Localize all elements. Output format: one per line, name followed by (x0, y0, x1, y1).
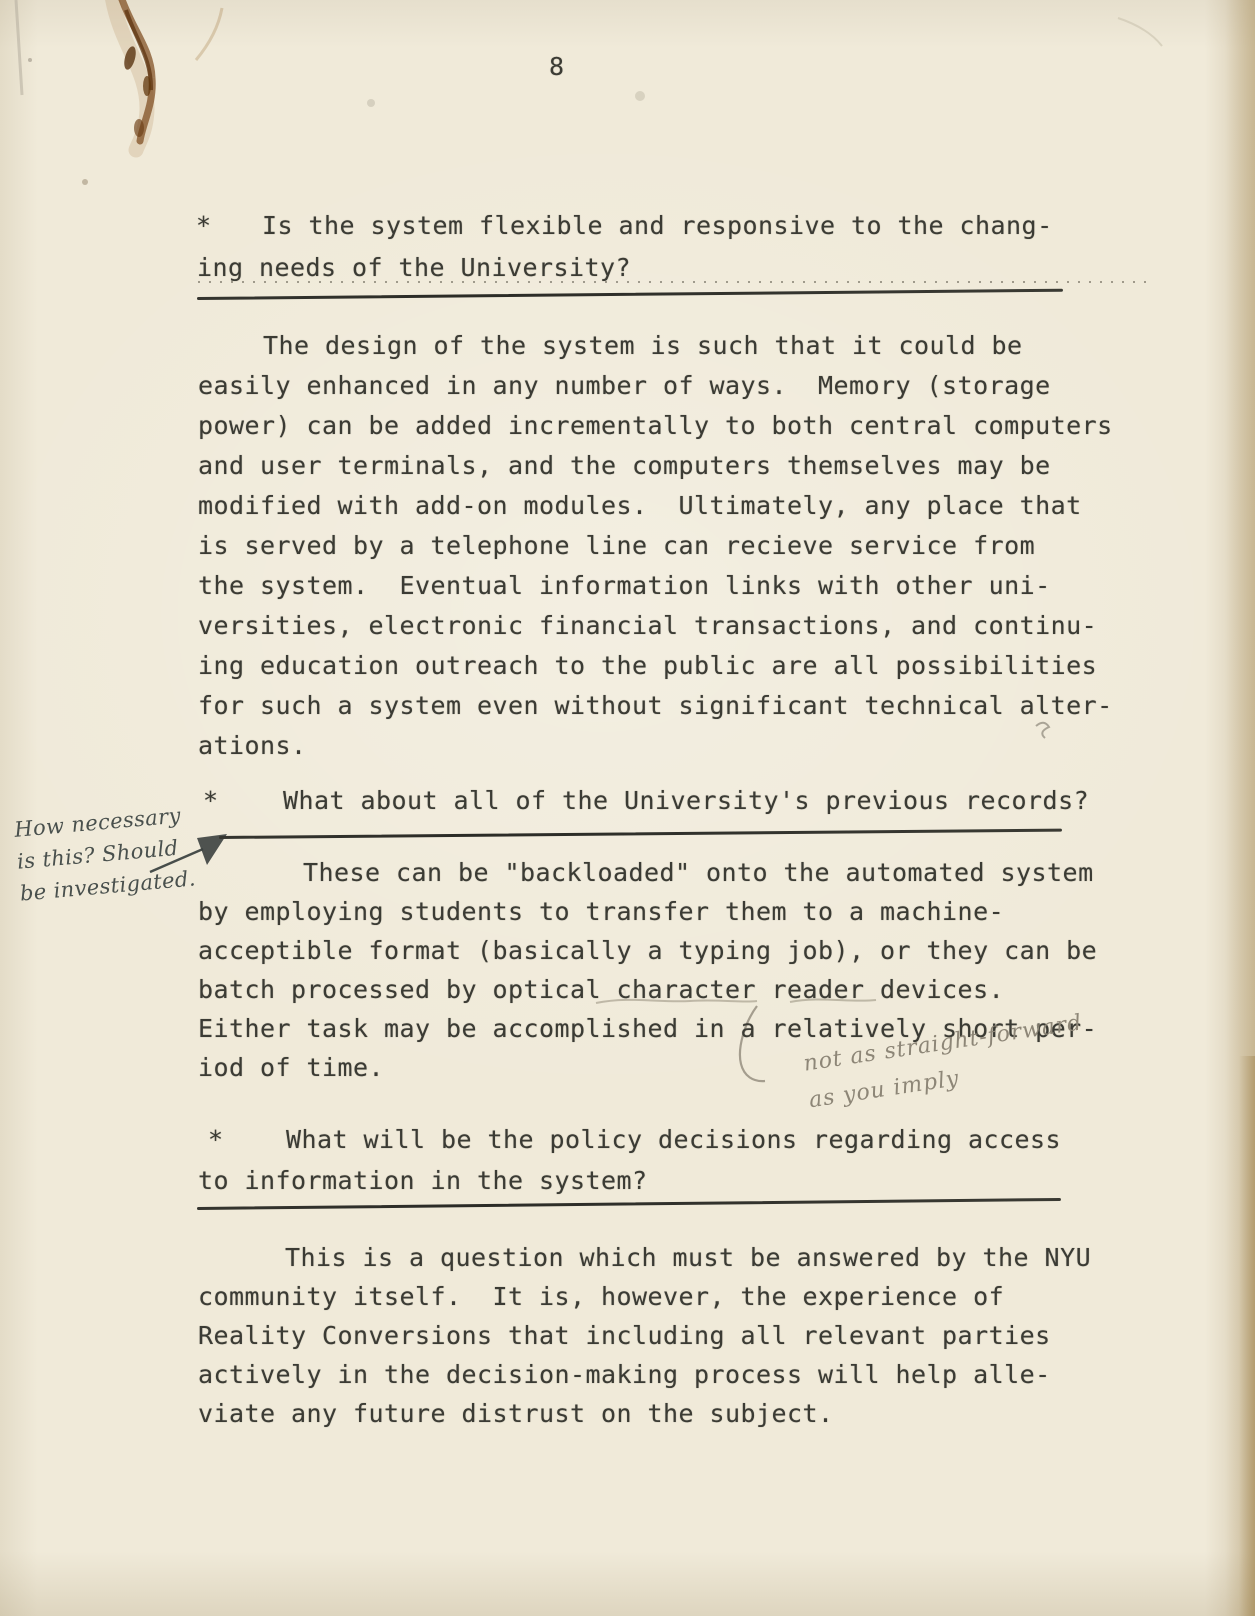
separator-rule-2 (219, 829, 1062, 839)
para-1-line-3: power) can be added incrementally to bot… (198, 411, 1113, 440)
para-3-line-5: viate any future distrust on the subject… (198, 1399, 834, 1428)
para-2-line-6: iod of time. (198, 1053, 384, 1082)
speck (28, 58, 32, 62)
para-1-line-5: modified with add-on modules. Ultimately… (198, 491, 1082, 520)
para-1-line-8: versities, electronic financial transact… (198, 611, 1097, 640)
dotted-underline (198, 281, 1146, 283)
margin-annotation: How necessary is this? Should be investi… (13, 795, 241, 910)
question-1-line-2: ing needs of the University? (197, 253, 631, 282)
smudge (367, 99, 375, 107)
ink-scribble (1036, 723, 1049, 738)
stain-streak (120, 0, 152, 141)
stain-blob (134, 119, 144, 137)
stain-wisp (196, 8, 222, 60)
question-2-line-1: What about all of the University's previ… (283, 786, 1089, 815)
para-3-line-1: This is a question which must be answere… (285, 1243, 1091, 1272)
para-2-line-3: acceptible format (basically a typing jo… (198, 936, 1097, 965)
para-1-line-2: easily enhanced in any number of ways. M… (198, 371, 1051, 400)
paper-corner-shading (1239, 1056, 1255, 1616)
corner-crease (1118, 18, 1162, 46)
para-2-line-1: These can be "backloaded" onto the autom… (303, 858, 1094, 887)
stain-halo (112, 0, 147, 150)
separator-rule-3 (197, 1198, 1061, 1210)
para-1-line-1: The design of the system is such that it… (263, 331, 1023, 360)
para-2-line-2: by employing students to transfer them t… (198, 897, 1004, 926)
para-1-line-4: and user terminals, and the computers th… (198, 451, 1051, 480)
question-3-line-1: What will be the policy decisions regard… (286, 1125, 1061, 1154)
para-1-line-11: ations. (198, 731, 307, 760)
stain-blob (143, 76, 151, 96)
smudge (635, 91, 645, 101)
fold-crease (16, 0, 22, 95)
para-1-line-6: is served by a telephone line can reciev… (198, 531, 1035, 560)
question-1-bullet: * (196, 211, 212, 240)
speck (82, 179, 88, 185)
para-3-line-4: actively in the decision-making process … (198, 1360, 1051, 1389)
question-3-bullet: * (208, 1125, 224, 1154)
question-1-line-1: Is the system flexible and responsive to… (262, 211, 1053, 240)
para-1-line-9: ing education outreach to the public are… (198, 651, 1097, 680)
stain-blob (122, 45, 138, 71)
question-3-line-2: to information in the system? (198, 1166, 648, 1195)
para-1-line-10: for such a system even without significa… (198, 691, 1113, 720)
separator-rule-1 (197, 289, 1063, 300)
para-1-line-7: the system. Eventual information links w… (198, 571, 1051, 600)
para-2-line-4: batch processed by optical character rea… (198, 975, 1004, 1004)
para-3-line-2: community itself. It is, however, the ex… (198, 1282, 1004, 1311)
para-3-line-3: Reality Conversions that including all r… (198, 1321, 1051, 1350)
page-number: 8 (549, 52, 565, 81)
scanned-document-page: 8 * Is the system flexible and responsiv… (0, 0, 1255, 1616)
stain-streak-dark (126, 10, 151, 90)
